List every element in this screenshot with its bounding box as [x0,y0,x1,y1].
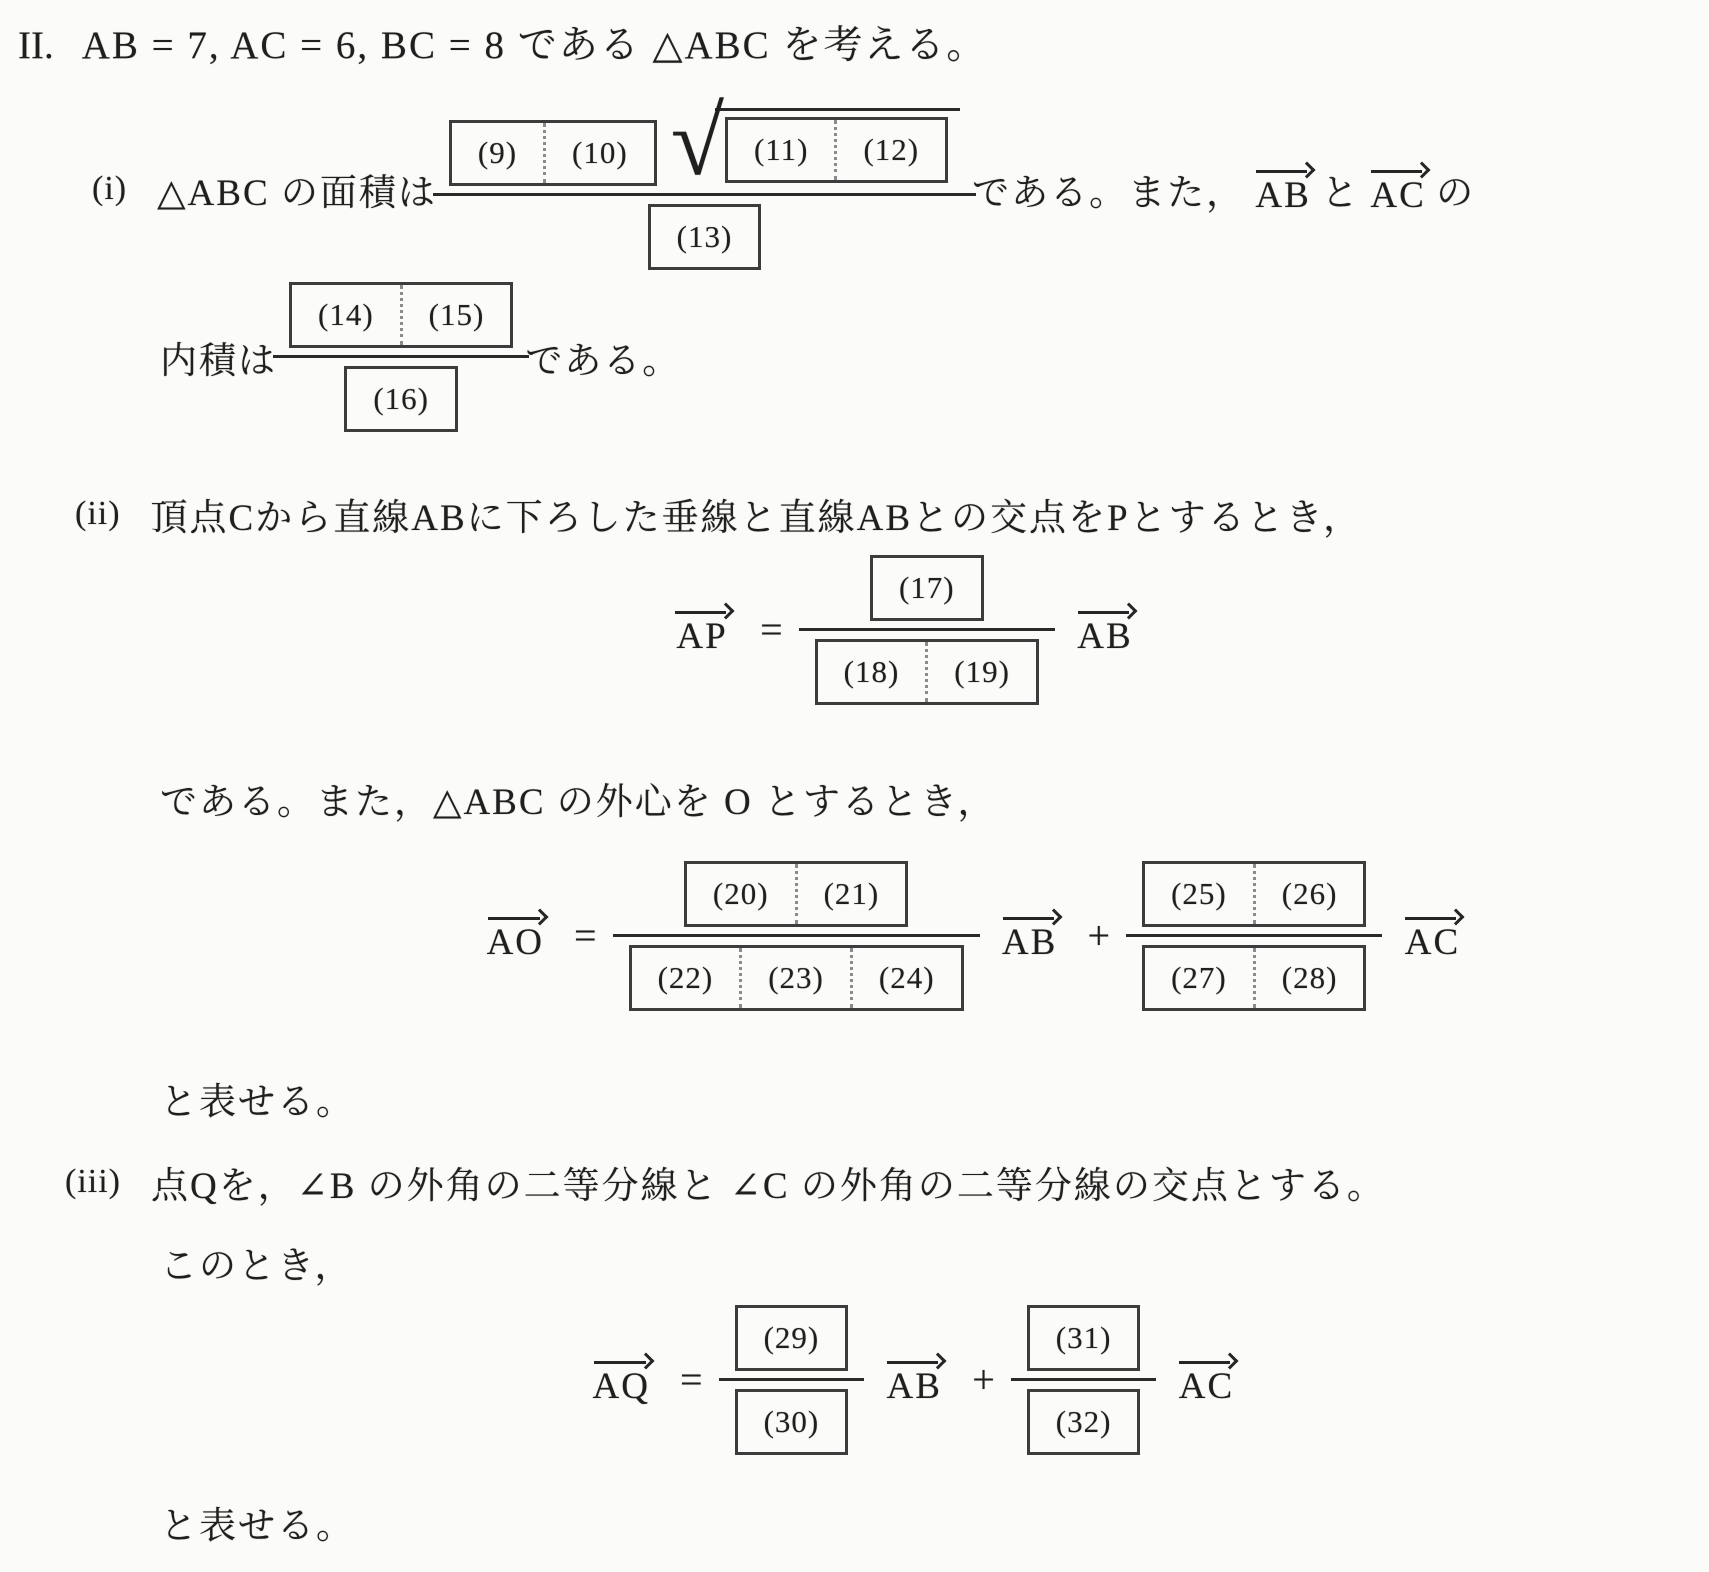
blank-19: (19) [925,642,1036,702]
problem-numeral: II. [18,23,54,68]
ap-numerator: (17) [870,555,984,621]
aq-fraction-2-numerator: (31) [1027,1305,1141,1371]
section-i-line1: (i) △ABC の面積は (9) (10) √ (11) (12) [92,108,1689,270]
vector-arrow-icon [487,909,544,924]
answer-box-31: (31) [1027,1305,1141,1371]
section-ii-lead: 頂点Cから直線ABに下ろした垂線と直線ABとの交点をPとするとき， [151,487,1363,541]
blank-14: (14) [292,285,400,345]
plus-sign: + [1084,912,1115,959]
answer-box-14-15: (14) (15) [289,282,513,348]
ao-fraction-1: (20) (21) (22) (23) (24) [629,861,964,1011]
answer-box-27-28: (27) (28) [1142,945,1366,1011]
ao-fraction-2-numerator: (25) (26) [1142,861,1366,927]
section-i-line2: 内積は (14) (15) (16) である。 [160,282,1689,432]
section-iii-line2: このとき， [160,1235,1689,1289]
fraction-bar [613,934,980,937]
equals-sign: = [676,1356,707,1403]
answer-box-25-26: (25) (26) [1142,861,1366,927]
blank-12: (12) [834,120,945,180]
blank-9: (9) [452,123,543,183]
section-iii-lead2: このとき， [160,1235,354,1289]
blank-30: (30) [738,1392,846,1452]
vector-arrow-icon [1002,909,1058,924]
equals-sign: = [756,606,787,653]
equals-sign: = [570,912,601,959]
vector-arrow-icon [674,603,730,618]
vector-AC: AC [1370,162,1426,216]
vector-arrow-icon [1404,909,1460,924]
blank-26: (26) [1253,864,1364,924]
scanned-exam-page: II. AB = 7, AC = 6, BC = 8 である △ABC を考える… [0,0,1709,1572]
answer-box-32: (32) [1027,1389,1141,1455]
section-iii-lead: 点Qを，∠B の外角の二等分線と ∠C の外角の二等分線の交点とする。 [151,1155,1386,1209]
section-ii-closing-text: と表せる。 [160,1071,355,1125]
section-iii-closing: と表せる。 [160,1495,1689,1549]
section-i-lead: △ABC の面積は [157,162,437,216]
blank-13: (13) [651,207,759,267]
blank-20: (20) [687,864,795,924]
blank-23: (23) [739,948,850,1008]
fraction-bar [799,628,1055,631]
answer-box-22-23-24: (22) (23) (24) [629,945,964,1011]
answer-box-17: (17) [870,555,984,621]
section-ii-closing: と表せる。 [160,1071,1689,1125]
blank-24: (24) [850,948,961,1008]
section-iii-line1: (iii) 点Qを，∠B の外角の二等分線と ∠C の外角の二等分線の交点とする… [65,1155,1689,1209]
section-ii-mid: である。また，△ABC の外心を O とするとき， [160,771,1689,825]
section-i-label: (i) [92,170,127,208]
ao-fraction-2-denominator: (27) (28) [1142,945,1366,1011]
inner-product-denominator: (16) [344,366,458,432]
blank-11: (11) [728,120,835,180]
radicand: (11) (12) [715,108,960,183]
vector-arrow-icon [1370,162,1426,177]
vector-arrow-icon [593,1353,650,1368]
aq-fraction-1-numerator: (29) [735,1305,849,1371]
blank-25: (25) [1145,864,1253,924]
fraction-bar [1011,1378,1157,1381]
aq-fraction-2-denominator: (32) [1027,1389,1141,1455]
section-i-after: である。また， [972,162,1245,216]
section-ii-label: (ii) [75,495,121,533]
aq-equation-row: AQ = (29) (30) AB + [18,1305,1689,1455]
ao-fraction-1-denominator: (22) (23) (24) [629,945,964,1011]
plus-sign: + [968,1356,999,1403]
blank-21: (21) [795,864,906,924]
blank-10: (10) [543,123,654,183]
vector-AP: AP [674,603,730,657]
vector-AB: AB [886,1353,942,1407]
ap-equation-row: AP = (17) (18) (19) AB [18,555,1689,705]
blank-18: (18) [818,642,926,702]
vector-AB: AB [1002,909,1058,963]
vector-AQ: AQ [593,1353,650,1407]
blank-22: (22) [632,948,740,1008]
area-fraction-denominator: (13) [648,204,762,270]
aq-equation: AQ = (29) (30) AB + [583,1305,1245,1455]
aq-fraction-1: (29) (30) [735,1305,849,1455]
blank-31: (31) [1030,1308,1138,1368]
blank-16: (16) [347,369,455,429]
answer-box-30: (30) [735,1389,849,1455]
fraction-bar [719,1378,865,1381]
ap-fraction: (17) (18) (19) [815,555,1039,705]
area-fraction: (9) (10) √ (11) (12) (13) [449,108,960,270]
ao-equation-row: AO = (20) (21) (22) (23) (24) [18,861,1689,1011]
blank-28: (28) [1253,948,1364,1008]
ao-fraction-2: (25) (26) (27) (28) [1142,861,1366,1011]
vector-arrow-icon [886,1353,942,1368]
blank-17: (17) [873,558,981,618]
answer-box-29: (29) [735,1305,849,1371]
area-fraction-numerator: (9) (10) √ (11) (12) [449,108,960,186]
section-iii-closing-text: と表せる。 [160,1495,355,1549]
ao-fraction-1-numerator: (20) (21) [684,861,908,927]
answer-box-16: (16) [344,366,458,432]
section-iii-label: (iii) [65,1163,121,1201]
answer-box-13: (13) [648,204,762,270]
blank-29: (29) [738,1308,846,1368]
problem-header: II. AB = 7, AC = 6, BC = 8 である △ABC を考える… [18,14,1689,70]
particle-no: の [1436,162,1475,216]
vector-AB: AB [1077,603,1133,657]
fraction-bar [1126,934,1382,937]
blank-32: (32) [1030,1392,1138,1452]
ap-equation: AP = (17) (18) (19) AB [664,555,1143,705]
answer-box-20-21: (20) (21) [684,861,908,927]
ao-equation: AO = (20) (21) (22) (23) (24) [477,861,1471,1011]
vector-AC: AC [1404,909,1460,963]
answer-box-18-19: (18) (19) [815,639,1039,705]
blank-27: (27) [1145,948,1253,1008]
vector-AC: AC [1178,1353,1234,1407]
ap-denominator: (18) (19) [815,639,1039,705]
inner-product-after: である。 [525,330,681,384]
inner-product-fraction: (14) (15) (16) [289,282,513,432]
answer-box-11-12: (11) (12) [725,117,948,183]
vector-arrow-icon [1077,603,1133,618]
conjunction-and: と [1321,162,1360,216]
vector-arrow-icon [1178,1353,1234,1368]
vector-AO: AO [487,909,544,963]
radical-sign: √ [671,103,724,181]
blank-15: (15) [400,285,511,345]
section-ii-mid-text: である。また，△ABC の外心を O とするとき， [160,771,997,825]
inner-product-numerator: (14) (15) [289,282,513,348]
inner-product-lead: 内積は [160,330,277,384]
square-root: √ (11) (12) [671,108,960,186]
vector-AB: AB [1255,162,1311,216]
aq-fraction-1-denominator: (30) [735,1389,849,1455]
fraction-bar [273,355,529,358]
vector-arrow-icon [1255,162,1311,177]
answer-box-9-10: (9) (10) [449,120,657,186]
aq-fraction-2: (31) (32) [1027,1305,1141,1455]
section-ii-line1: (ii) 頂点Cから直線ABに下ろした垂線と直線ABとの交点をPとするとき， [75,487,1689,541]
problem-statement: AB = 7, AC = 6, BC = 8 である △ABC を考える。 [82,14,988,70]
